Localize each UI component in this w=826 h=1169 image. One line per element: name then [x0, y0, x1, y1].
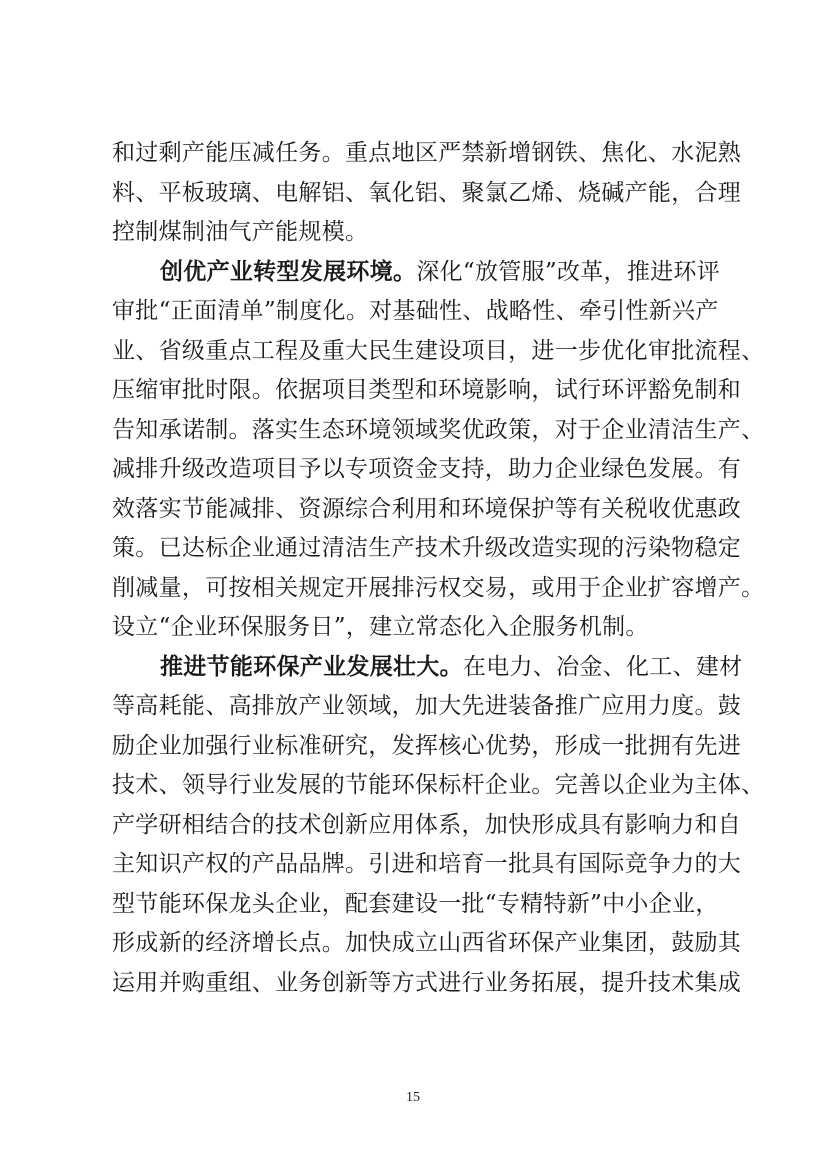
text-line: 业、省级重点工程及重大民生建设项目，进一步优化审批流程、	[112, 332, 716, 372]
text-line: 告知承诺制。落实生态环境领域奖优政策，对于企业清洁生产、	[112, 411, 716, 451]
text-line: 励企业加强行业标准研究，发挥核心优势，形成一批拥有先进	[112, 727, 716, 767]
text-line: 效落实节能减排、资源综合利用和环境保护等有关税收优惠政	[112, 490, 716, 530]
text-span: 深化“放管服”改革，推进环评	[416, 259, 720, 285]
text-line: 运用并购重组、业务创新等方式进行业务拓展，提升技术集成	[112, 964, 716, 1004]
text-line: 削减量，可按相关规定开展排污权交易，或用于企业扩容增产。	[112, 569, 716, 609]
text-line: 产学研相结合的技术创新应用体系，加快形成具有影响力和自	[112, 806, 716, 846]
text-line: 料、平板玻璃、电解铝、氧化铝、聚氯乙烯、烧碱产能，合理	[112, 174, 716, 214]
text-line: 形成新的经济增长点。加快成立山西省环保产业集团，鼓励其	[112, 924, 716, 964]
text-line: 技术、领导行业发展的节能环保标杆企业。完善以企业为主体、	[112, 766, 716, 806]
text-span: 在电力、冶金、化工、建材	[463, 654, 743, 680]
paragraph-heading: 推进节能环保产业发展壮大。	[160, 654, 463, 680]
text-line: 压缩审批时限。依据项目类型和环境影响，试行环评豁免制和	[112, 371, 716, 411]
paragraph-first-line: 推进节能环保产业发展壮大。在电力、冶金、化工、建材	[112, 648, 716, 688]
text-line: 策。已达标企业通过清洁生产技术升级改造实现的污染物稳定	[112, 529, 716, 569]
text-line: 控制煤制油气产能规模。	[112, 213, 716, 253]
paragraph-heading: 创优产业转型发展环境。	[160, 259, 416, 285]
page-number: 15	[0, 1090, 826, 1106]
text-line: 审批“正面清单”制度化。对基础性、战略性、牵引性新兴产	[112, 292, 716, 332]
text-line: 设立“企业环保服务日”，建立常态化入企服务机制。	[112, 608, 716, 648]
text-line: 型节能环保龙头企业，配套建设一批“专精特新”中小企业，	[112, 885, 716, 925]
body-text: 和过剩产能压减任务。重点地区严禁新增钢铁、焦化、水泥熟 料、平板玻璃、电解铝、氧…	[112, 134, 716, 1003]
document-page: 和过剩产能压减任务。重点地区严禁新增钢铁、焦化、水泥熟 料、平板玻璃、电解铝、氧…	[0, 0, 826, 1169]
text-line: 减排升级改造项目予以专项资金支持，助力企业绿色发展。有	[112, 450, 716, 490]
text-line: 主知识产权的产品品牌。引进和培育一批具有国际竞争力的大	[112, 845, 716, 885]
text-line: 和过剩产能压减任务。重点地区严禁新增钢铁、焦化、水泥熟	[112, 134, 716, 174]
text-line: 等高耗能、高排放产业领域，加大先进装备推广应用力度。鼓	[112, 687, 716, 727]
paragraph-first-line: 创优产业转型发展环境。深化“放管服”改革，推进环评	[112, 253, 716, 293]
